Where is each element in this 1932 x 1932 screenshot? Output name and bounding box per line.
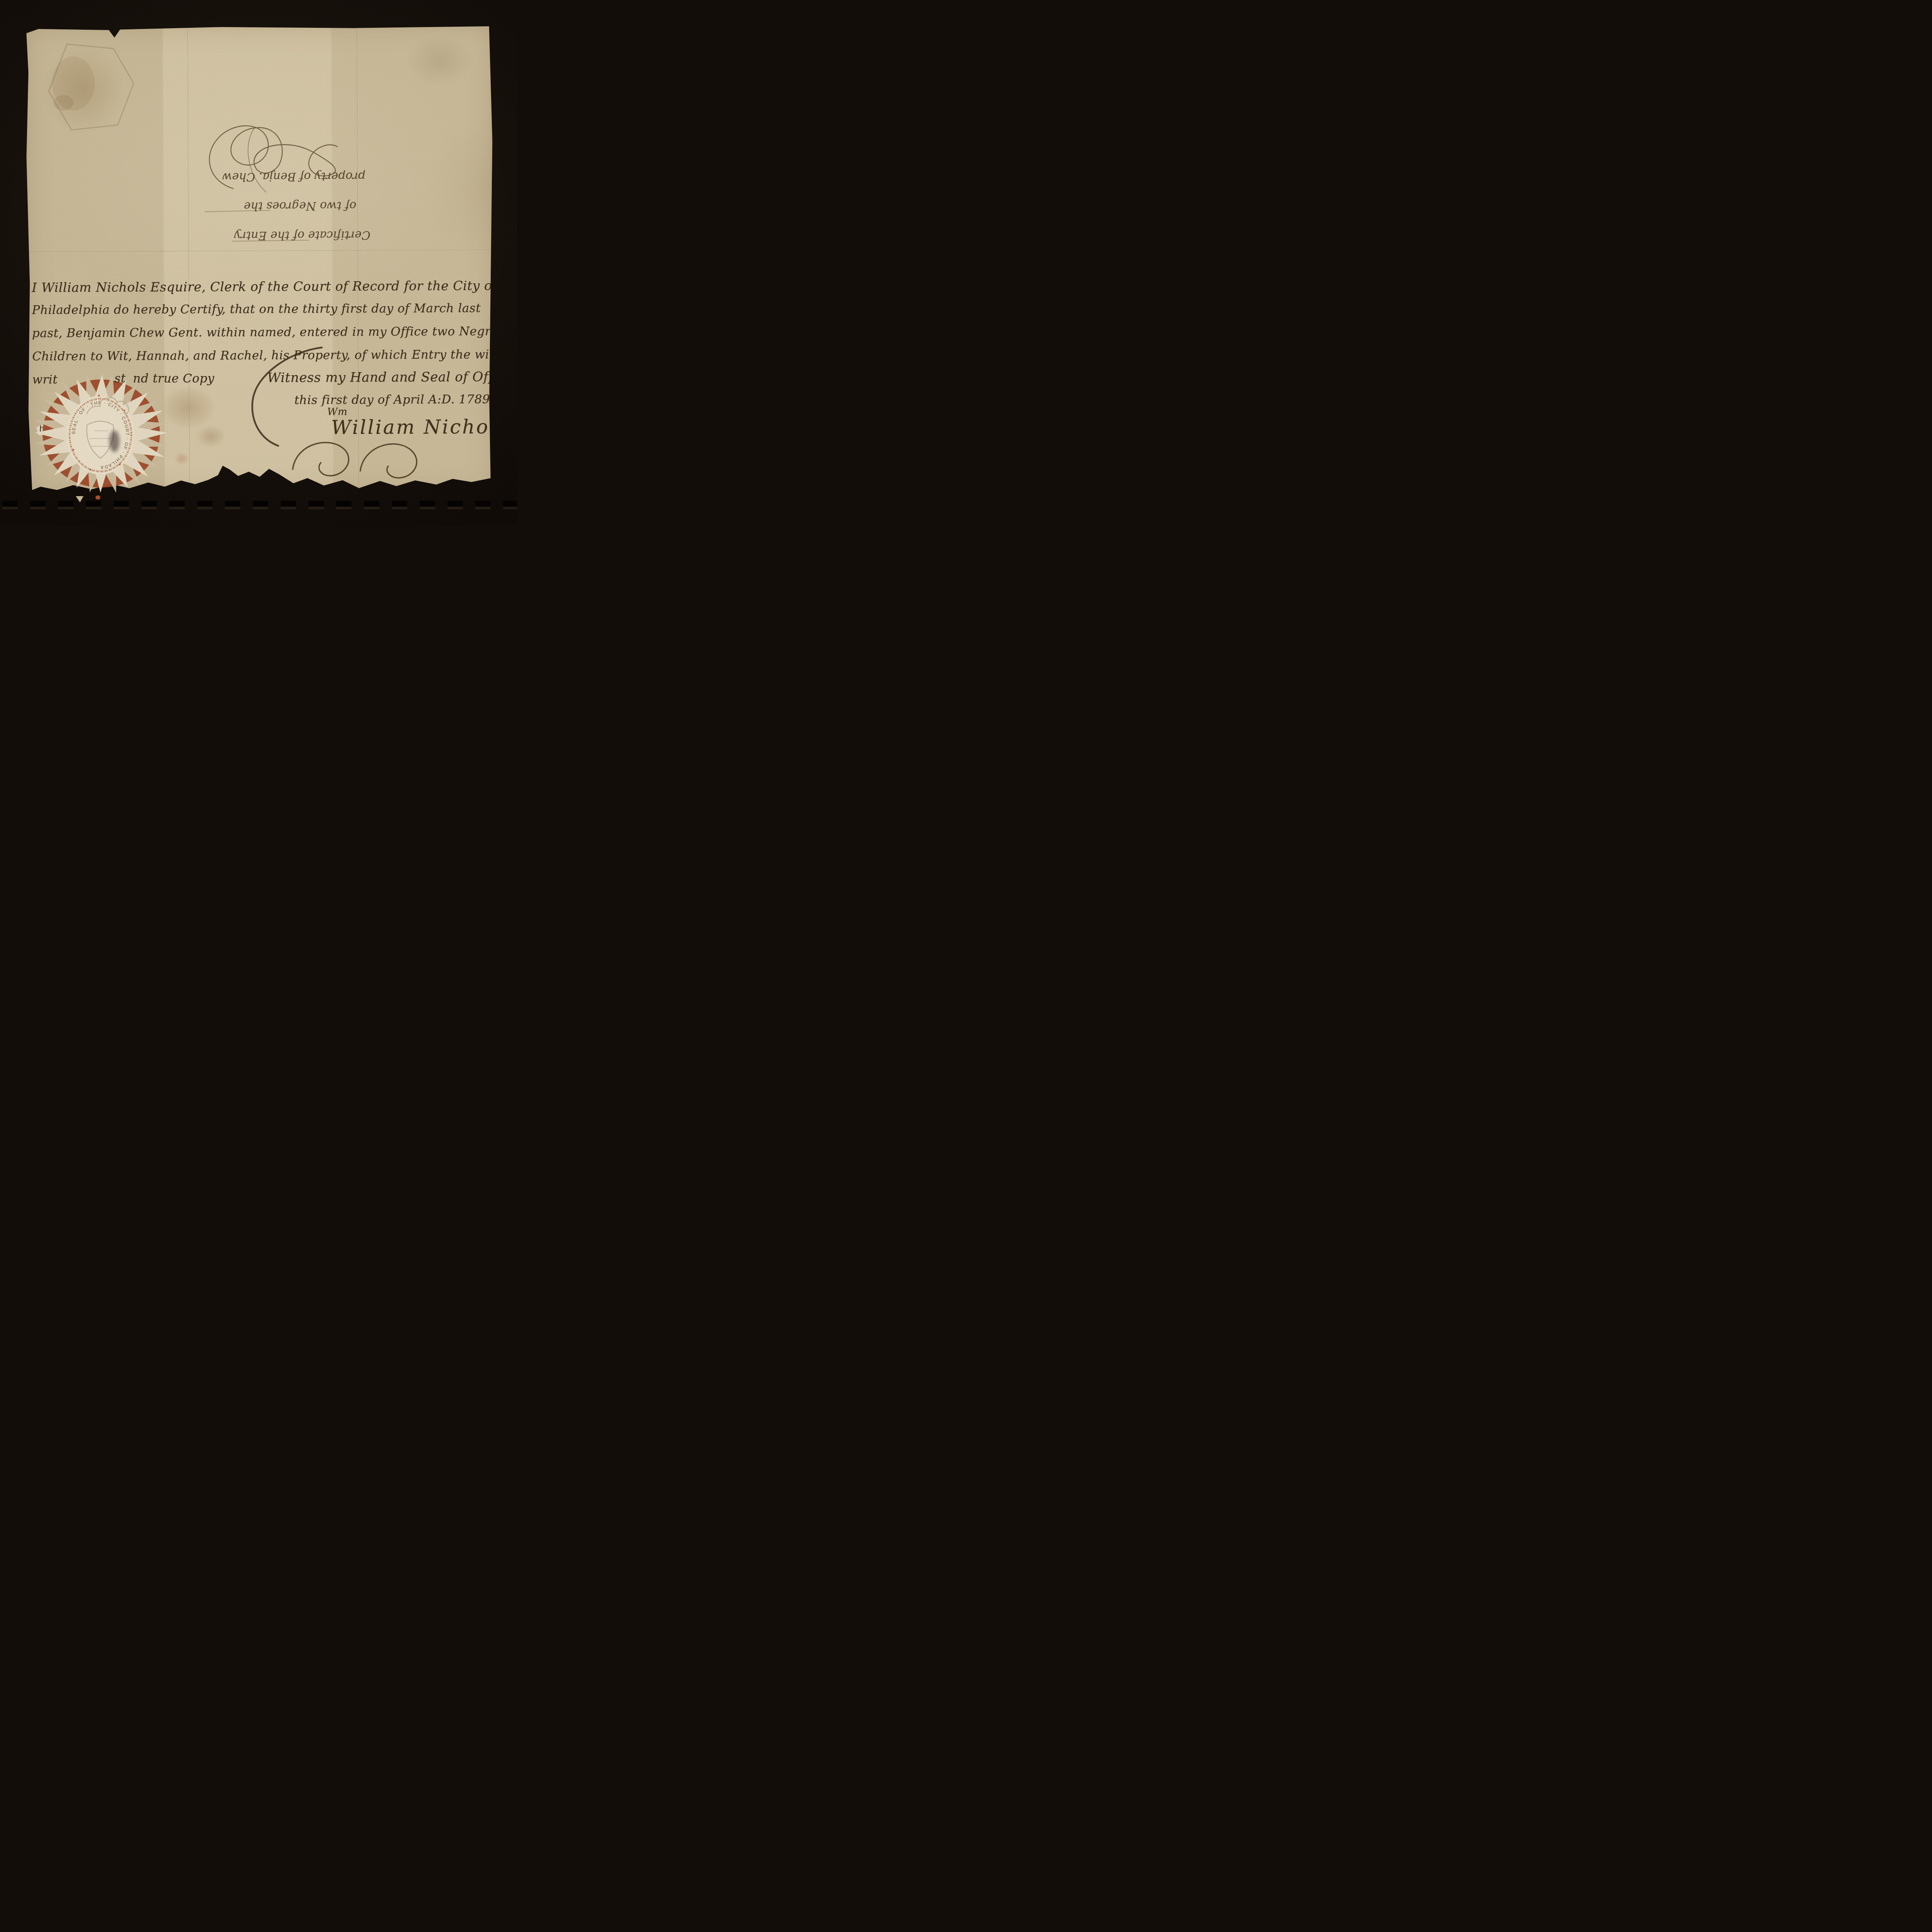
body-line: past, Benjamin Chew Gent. within named, …: [32, 324, 498, 340]
docket-line: Certificate of the Entry: [191, 220, 371, 250]
vertical-fold-crease: [187, 25, 190, 495]
embossed-stamp: [40, 37, 141, 138]
signature-paraph: [287, 432, 469, 483]
body-line-fragment: nd true Copy: [133, 372, 214, 386]
photographed-document: Certificate of the Entry of two Negroes …: [0, 0, 517, 526]
body-line-fragment: st: [114, 372, 126, 386]
docket-endorsement: Certificate of the Entry of two Negroes …: [191, 159, 373, 250]
date-line: this first day of April A:D. 1789: [294, 392, 490, 407]
docket-line: of two Negroes the: [191, 191, 356, 221]
wax-fleck: [95, 495, 100, 500]
docket-line: property of Benja. Chew: [191, 162, 366, 192]
body-line: Philadelphia do hereby Certify, that on …: [32, 301, 481, 317]
body-line: I William Nichols Esquire, Clerk of the …: [32, 278, 497, 295]
wax-seal: SEAL · OF · THE · CITY · COURT · OF · PH…: [29, 367, 175, 498]
witness-line: Witness my Hand and Seal of Office: [267, 369, 513, 386]
